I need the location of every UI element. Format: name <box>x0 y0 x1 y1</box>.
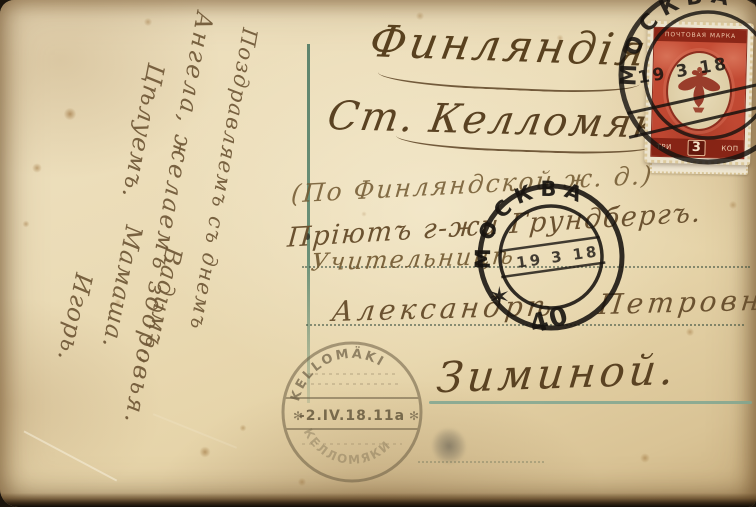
postmark-town-cyrillic: КЕЛЛОМЯКИ <box>301 426 394 467</box>
paper-scratch <box>153 413 237 448</box>
postmark-date: 19 3 18 <box>636 54 730 88</box>
address-rule-solid <box>429 401 752 404</box>
postmark-star-icon: ✻ <box>409 409 419 423</box>
postcard-photo: Поздравляемъ съ днемъ Ангела, желаемъ зд… <box>0 0 756 507</box>
moscow-postmark-on-stamp: МОСКВА 19 3 18 <box>608 0 756 175</box>
postmark-date: -2.IV.18.11a <box>299 408 405 424</box>
message-line-6: Игорь. <box>54 271 96 364</box>
card-bottom-edge-shadow <box>0 493 756 507</box>
svg-text:КЕЛЛОМЯКИ: КЕЛЛОМЯКИ <box>301 426 394 467</box>
recipient-surname: Зиминой. <box>435 348 680 401</box>
kellomaki-postmark: KELLOMÄKI КЕЛЛОМЯКИ ✻ -2.IV.18.11a ✻ <box>272 332 432 492</box>
postcard: Поздравляемъ съ днемъ Ангела, желаемъ зд… <box>0 0 756 507</box>
postmark-star-icon: ✶ <box>488 282 511 313</box>
paper-scratch <box>24 430 117 481</box>
moscow-postmark-center: МОСКВА ✶ 40 19 3 18 <box>466 172 636 342</box>
